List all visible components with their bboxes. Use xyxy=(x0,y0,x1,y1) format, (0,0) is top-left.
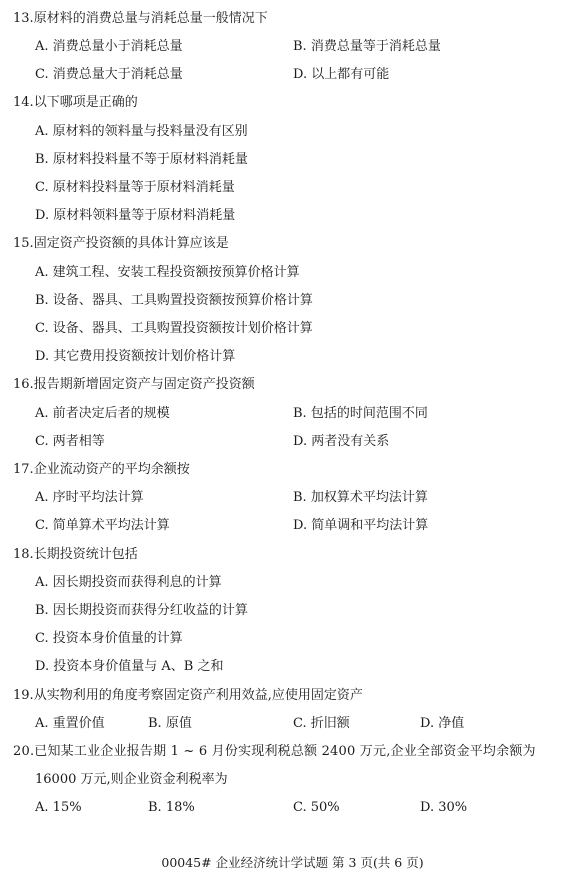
q14-option-b[interactable]: B. 原材料投料量不等于原材料消耗量 xyxy=(35,146,248,174)
q17-option-b[interactable]: B. 加权算术平均法计算 xyxy=(293,484,428,512)
q14-option-a[interactable]: A. 原材料的领料量与投料量没有区别 xyxy=(35,118,248,146)
question-20-stem-continued: 16000 万元,则企业资金利税率为 xyxy=(35,766,228,794)
page-footer: 00045# 企业经济统计学试题 第 3 页(共 6 页) xyxy=(0,851,585,875)
question-15-stem: 15.固定资产投资额的具体计算应该是 xyxy=(13,230,229,258)
q15-option-b[interactable]: B. 设备、器具、工具购置投资额按预算价格计算 xyxy=(35,287,313,315)
q13-option-a[interactable]: A. 消费总量小于消耗总量 xyxy=(35,33,183,61)
question-13-stem: 13.原材料的消费总量与消耗总量一般情况下 xyxy=(13,5,268,33)
q13-option-b[interactable]: B. 消费总量等于消耗总量 xyxy=(293,33,441,61)
q19-option-b[interactable]: B. 原值 xyxy=(148,710,192,738)
q18-option-c[interactable]: C. 投资本身价值量的计算 xyxy=(35,625,183,653)
q16-option-b[interactable]: B. 包括的时间范围不同 xyxy=(293,400,428,428)
question-17-stem: 17.企业流动资产的平均余额按 xyxy=(13,456,190,484)
question-18-stem: 18.长期投资统计包括 xyxy=(13,541,138,569)
q20-option-c[interactable]: C. 50% xyxy=(293,794,340,822)
q19-option-c[interactable]: C. 折旧额 xyxy=(293,710,350,738)
q16-option-d[interactable]: D. 两者没有关系 xyxy=(293,428,389,456)
q16-option-c[interactable]: C. 两者相等 xyxy=(35,428,105,456)
q14-option-c[interactable]: C. 原材料投料量等于原材料消耗量 xyxy=(35,174,235,202)
q16-option-a[interactable]: A. 前者决定后者的规模 xyxy=(35,400,170,428)
q19-option-d[interactable]: D. 净值 xyxy=(420,710,464,738)
q20-option-b[interactable]: B. 18% xyxy=(148,794,195,822)
q20-option-a[interactable]: A. 15% xyxy=(35,794,82,822)
q13-option-c[interactable]: C. 消费总量大于消耗总量 xyxy=(35,61,183,89)
question-14-stem: 14.以下哪项是正确的 xyxy=(13,89,138,117)
q18-option-b[interactable]: B. 因长期投资而获得分红收益的计算 xyxy=(35,597,248,625)
q14-option-d[interactable]: D. 原材料领料量等于原材料消耗量 xyxy=(35,202,235,230)
question-16-stem: 16.报告期新增固定资产与固定资产投资额 xyxy=(13,371,255,399)
q13-option-d[interactable]: D. 以上都有可能 xyxy=(293,61,389,89)
question-20-stem: 20.已知某工业企业报告期 1 ~ 6 月份实现利税总额 2400 万元,企业全… xyxy=(13,738,536,766)
q17-option-d[interactable]: D. 简单调和平均法计算 xyxy=(293,512,428,540)
q15-option-a[interactable]: A. 建筑工程、安装工程投资额按预算价格计算 xyxy=(35,259,300,287)
q15-option-d[interactable]: D. 其它费用投资额按计划价格计算 xyxy=(35,343,235,371)
exam-page: 13.原材料的消费总量与消耗总量一般情况下 A. 消费总量小于消耗总量 B. 消… xyxy=(0,0,585,885)
q17-option-c[interactable]: C. 简单算术平均法计算 xyxy=(35,512,170,540)
question-19-stem: 19.从实物利用的角度考察固定资产利用效益,应使用固定资产 xyxy=(13,682,363,710)
q18-option-d[interactable]: D. 投资本身价值量与 A、B 之和 xyxy=(35,653,223,681)
q15-option-c[interactable]: C. 设备、器具、工具购置投资额按计划价格计算 xyxy=(35,315,313,343)
q20-option-d[interactable]: D. 30% xyxy=(420,794,467,822)
q18-option-a[interactable]: A. 因长期投资而获得利息的计算 xyxy=(35,569,222,597)
q17-option-a[interactable]: A. 序时平均法计算 xyxy=(35,484,144,512)
q19-option-a[interactable]: A. 重置价值 xyxy=(35,710,105,738)
